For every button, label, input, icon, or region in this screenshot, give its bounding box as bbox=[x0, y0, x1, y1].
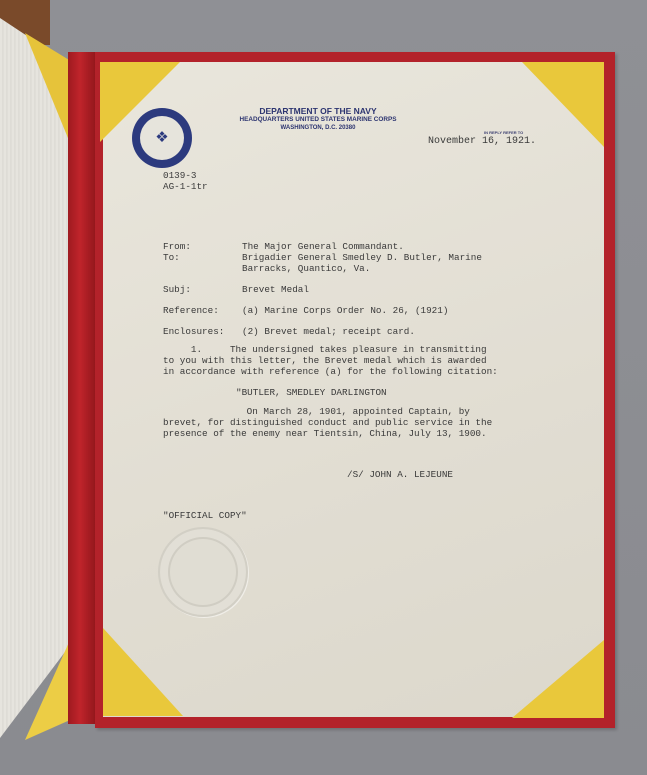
letter-date: November 16, 1921. bbox=[428, 137, 536, 148]
reply-refer-label: IN REPLY REFER TO bbox=[484, 130, 523, 135]
body-line: 1. The undersigned takes pleasure in tra… bbox=[163, 345, 487, 356]
field-label-to: To: bbox=[163, 253, 180, 264]
field-label-subj: Subj: bbox=[163, 285, 191, 296]
ref-code: 0139-3 bbox=[163, 171, 196, 182]
eagle-icon: ❖ bbox=[150, 129, 174, 145]
citation-line: presence of the enemy near Tientsin, Chi… bbox=[163, 429, 487, 440]
body-line: to you with this letter, the Brevet meda… bbox=[163, 356, 487, 367]
ref-code: AG-1-1tr bbox=[163, 182, 208, 193]
field-value-from: The Major General Commandant. bbox=[242, 242, 404, 253]
field-value-to: Brigadier General Smedley D. Butler, Mar… bbox=[242, 253, 482, 264]
field-label-enclosures: Enclosures: bbox=[163, 327, 224, 338]
field-value-reference: (a) Marine Corps Order No. 26, (1921) bbox=[242, 306, 448, 317]
field-value-subj: Brevet Medal bbox=[242, 285, 309, 296]
letterhead-department: DEPARTMENT OF THE NAVY bbox=[238, 106, 398, 116]
field-value-enclosures: (2) Brevet medal; receipt card. bbox=[242, 327, 415, 338]
letterhead-address: WASHINGTON, D.C. 20380 bbox=[258, 125, 378, 131]
letterhead-headquarters: HEADQUARTERS UNITED STATES MARINE CORPS bbox=[218, 116, 418, 123]
official-copy-label: "OFFICIAL COPY" bbox=[163, 511, 247, 522]
marine-corps-embossed-seal-icon bbox=[158, 527, 248, 617]
folder-spine bbox=[68, 52, 98, 724]
signature: /S/ JOHN A. LEJEUNE bbox=[347, 470, 453, 481]
citation-line: On March 28, 1901, appointed Captain, by bbox=[163, 407, 470, 418]
field-value-to-cont: Barracks, Quantico, Va. bbox=[242, 264, 370, 275]
left-cover-lining bbox=[0, 18, 68, 738]
field-label-from: From: bbox=[163, 242, 191, 253]
citation-line: brevet, for distinguished conduct and pu… bbox=[163, 418, 492, 429]
field-label-reference: Reference: bbox=[163, 306, 219, 317]
citation-name: "BUTLER, SMEDLEY DARLINGTON bbox=[236, 388, 387, 399]
body-line: in accordance with reference (a) for the… bbox=[163, 367, 498, 378]
department-of-defense-seal-icon: ❖ bbox=[132, 108, 192, 168]
